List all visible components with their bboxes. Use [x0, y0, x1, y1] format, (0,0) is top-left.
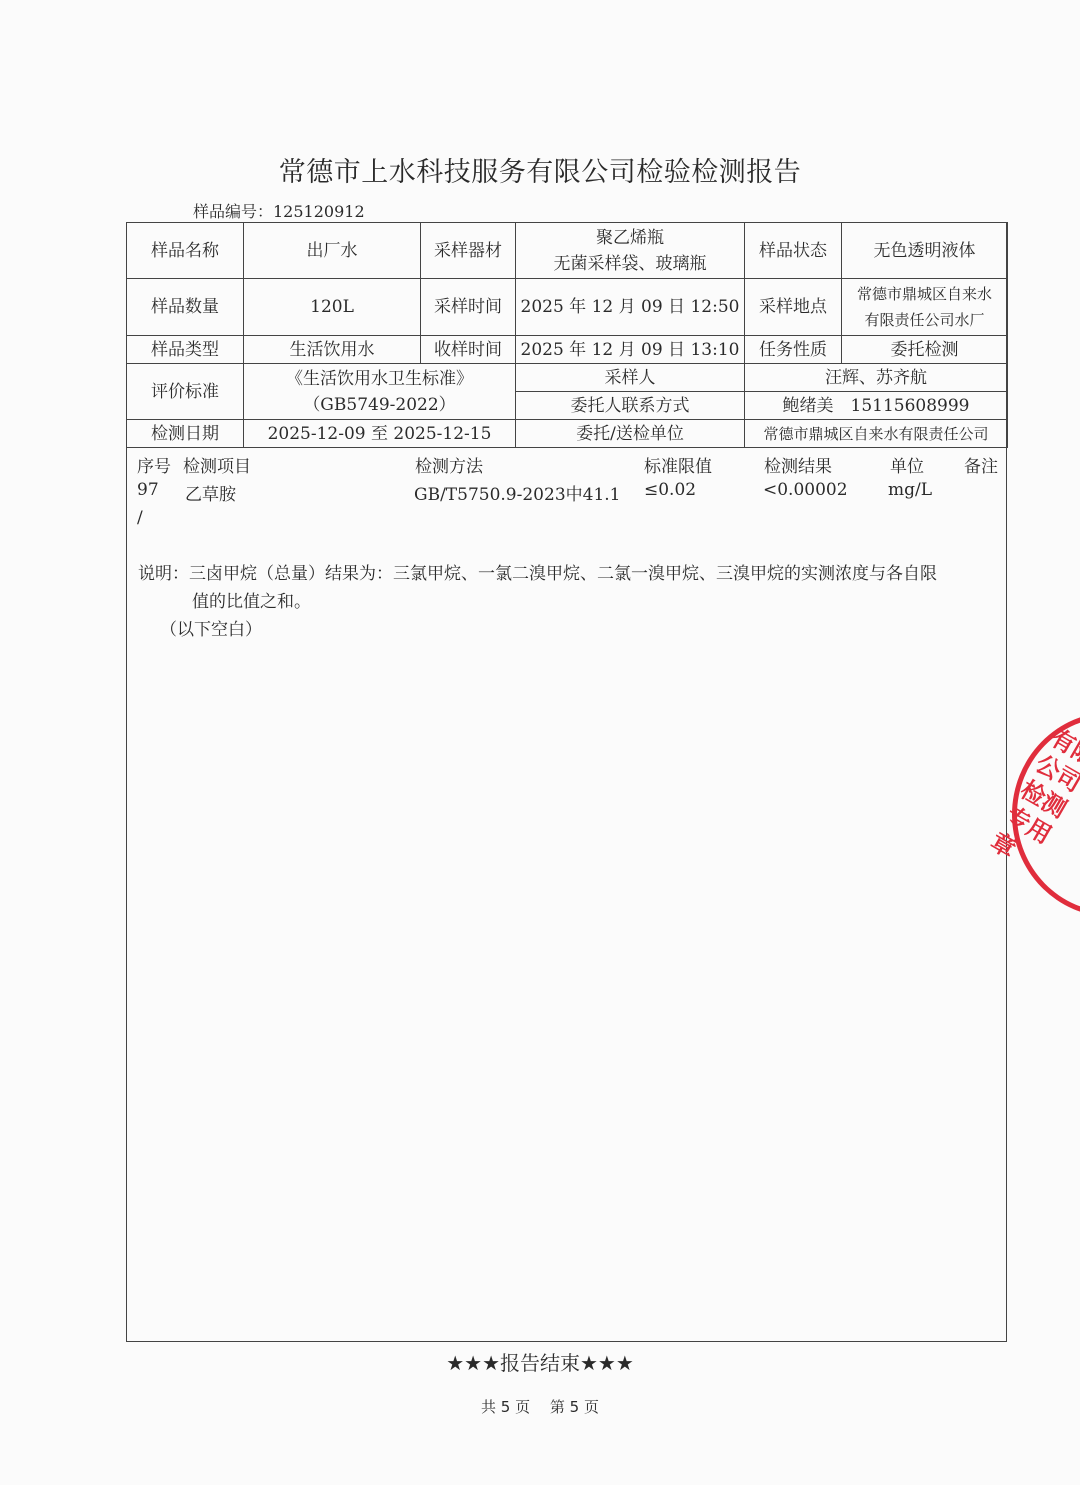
row-no: 97: [137, 480, 159, 500]
standard: 《生活饮用水卫生标准》 （GB5749-2022）: [244, 364, 516, 420]
task-nature: 委托检测: [842, 336, 1008, 364]
slash: /: [137, 508, 143, 528]
results-section: 序号 检测项目 检测方法 标准限值 检测结果 单位 备注 97 乙草胺 GB/T…: [126, 450, 1007, 534]
header-limit: 标准限值: [644, 452, 712, 477]
client-unit-label: 委托/送检单位: [516, 420, 745, 448]
header-method: 检测方法: [415, 452, 483, 477]
client-unit: 常德市鼎城区自来水有限责任公司: [745, 420, 1008, 448]
standard-label: 评价标准: [127, 364, 244, 420]
result-row: 97 乙草胺 GB/T5750.9-2023中41.1 ≤0.02 <0.000…: [126, 478, 1007, 506]
test-date: 2025-12-09 至 2025-12-15: [244, 420, 516, 448]
blank-below: （以下空白）: [160, 615, 262, 640]
slash-row: /: [126, 506, 1007, 534]
sampling-site: 常德市鼎城区自来水 有限责任公司水厂: [842, 279, 1008, 336]
sample-qty-label: 样品数量: [127, 279, 244, 336]
sampling-time-label: 采样时间: [421, 279, 516, 336]
row-result: <0.00002: [763, 480, 848, 500]
sample-type-label: 样品类型: [127, 336, 244, 364]
client-contact-label: 委托人联系方式: [516, 392, 745, 420]
report-title: 常德市上水科技服务有限公司检验检测报告: [0, 150, 1080, 189]
receive-time-label: 收样时间: [421, 336, 516, 364]
row-unit: mg/L: [888, 480, 932, 500]
sampling-tool: 聚乙烯瓶 无菌采样袋、玻璃瓶: [516, 223, 745, 279]
client-contact: 鲍绪美 15115608999: [745, 392, 1008, 420]
header-result: 检测结果: [764, 452, 832, 477]
sampling-tool-line1: 聚乙烯瓶: [516, 225, 744, 251]
sample-info-table: 样品名称 出厂水 采样器材 聚乙烯瓶 无菌采样袋、玻璃瓶 样品状态 无色透明液体…: [126, 222, 1008, 448]
header-unit: 单位: [890, 452, 924, 477]
header-remark: 备注: [964, 452, 998, 477]
sampler: 汪辉、苏齐航: [745, 364, 1008, 392]
standard-line1: 《生活饮用水卫生标准》: [244, 366, 515, 392]
sampling-site-label: 采样地点: [745, 279, 842, 336]
row-method: GB/T5750.9-2023中41.1: [414, 480, 620, 505]
sample-name: 出厂水: [244, 223, 421, 279]
note-line2: 值的比值之和。: [138, 588, 1003, 616]
sample-type: 生活饮用水: [244, 336, 421, 364]
row-item: 乙草胺: [185, 480, 236, 505]
sampling-tool-label: 采样器材: [421, 223, 516, 279]
note-line1: 说明：三卤甲烷（总量）结果为：三氯甲烷、一氯二溴甲烷、二氯一溴甲烷、三溴甲烷的实…: [138, 560, 1003, 588]
sample-state-label: 样品状态: [745, 223, 842, 279]
report-end: ★★★报告结束★★★: [0, 1347, 1080, 1376]
sampling-site-line2: 有限责任公司水厂: [842, 307, 1007, 333]
standard-line2: （GB5749-2022）: [244, 392, 515, 418]
sample-name-label: 样品名称: [127, 223, 244, 279]
task-nature-label: 任务性质: [745, 336, 842, 364]
page-info: 共 5 页 第 5 页: [0, 1396, 1080, 1417]
header-no: 序号: [137, 452, 171, 477]
receive-time: 2025 年 12 月 09 日 13:10: [516, 336, 745, 364]
test-date-label: 检测日期: [127, 420, 244, 448]
sampling-time: 2025 年 12 月 09 日 12:50: [516, 279, 745, 336]
sample-number: 样品编号：125120912: [193, 199, 365, 222]
row-limit: ≤0.02: [644, 480, 696, 500]
sampling-site-line1: 常德市鼎城区自来水: [842, 281, 1007, 307]
sample-state: 无色透明液体: [842, 223, 1008, 279]
note: 说明：三卤甲烷（总量）结果为：三氯甲烷、一氯二溴甲烷、二氯一溴甲烷、三溴甲烷的实…: [138, 560, 1003, 616]
sample-qty: 120L: [244, 279, 421, 336]
header-item: 检测项目: [183, 452, 251, 477]
sampling-tool-line2: 无菌采样袋、玻璃瓶: [516, 251, 744, 277]
sampler-label: 采样人: [516, 364, 745, 392]
results-header: 序号 检测项目 检测方法 标准限值 检测结果 单位 备注: [126, 450, 1007, 478]
